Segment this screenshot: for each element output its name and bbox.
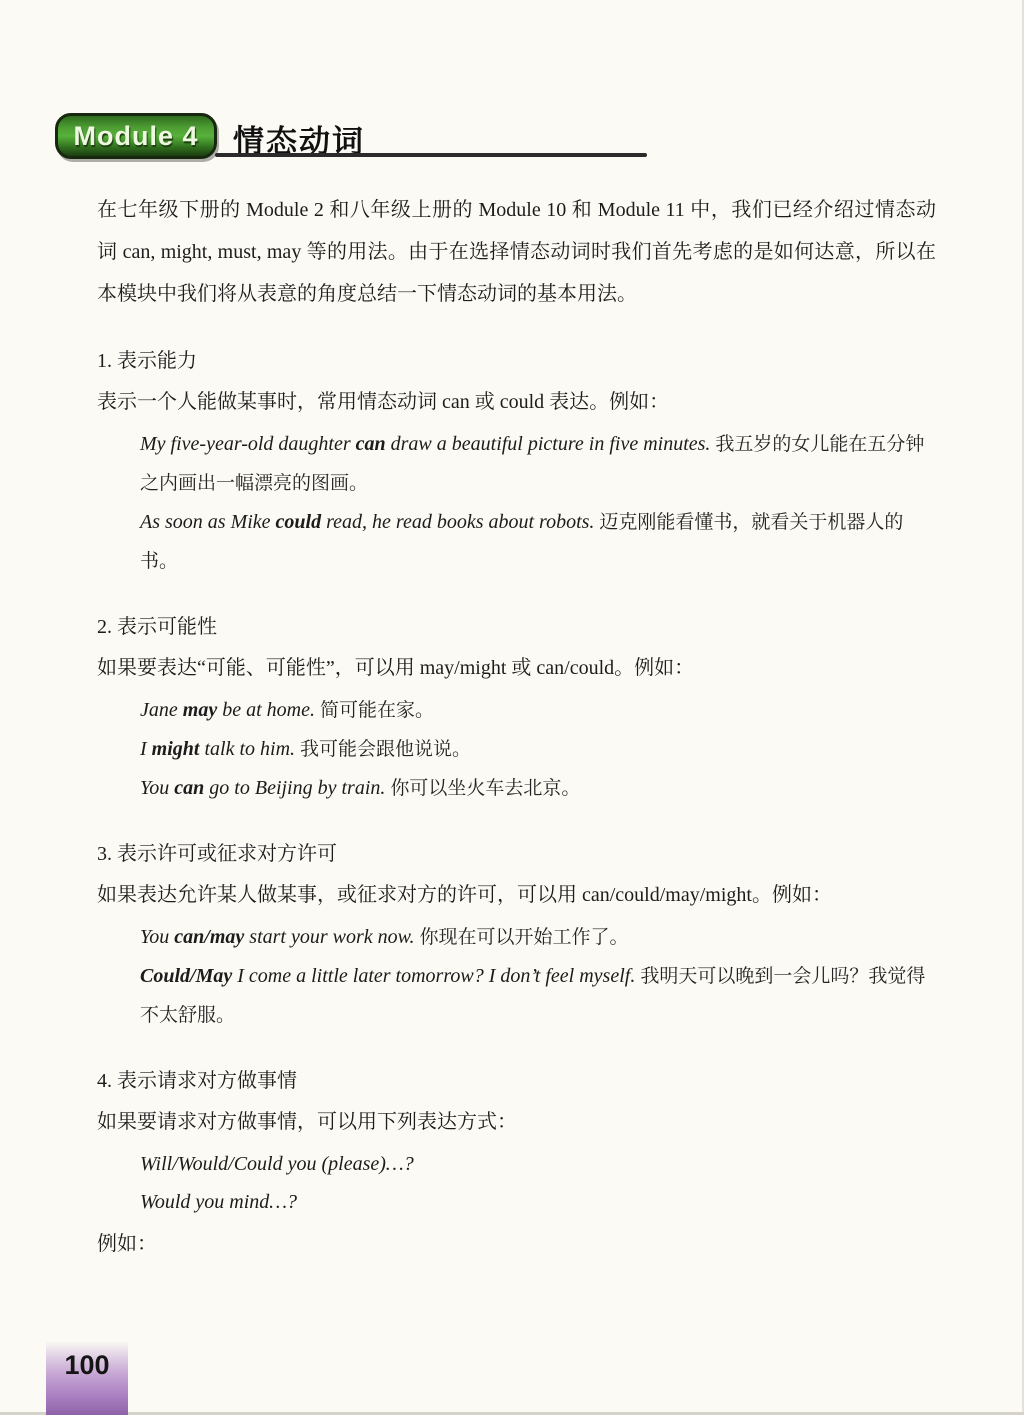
example-english-cont: start your work now. (244, 926, 419, 948)
example-english-cont: draw a beautiful picture in five minutes… (386, 433, 716, 455)
title-underline (215, 153, 647, 157)
example-english: My five-year-old daughter (140, 433, 356, 455)
example-modal-bold: could (276, 511, 322, 533)
section-ability: 1. 表示能力 表示一个人能做某事时，常用情态动词 can 或 could 表达… (97, 341, 936, 581)
example-list: Jane may be at home. 简可能在家。 I might talk… (140, 691, 936, 808)
section-lead: 如果要请求对方做事情，可以用下列表达方式： (97, 1101, 936, 1143)
example-english: Would you mind…? (140, 1191, 297, 1213)
section-request: 4. 表示请求对方做事情 如果要请求对方做事情，可以用下列表达方式： Will/… (97, 1061, 936, 1265)
example-sentence: Will/Would/Could you (please)…? (140, 1145, 936, 1183)
example-list: You can/may start your work now. 你现在可以开始… (140, 918, 936, 1035)
textbook-page: Module 4 情态动词 在七年级下册的 Module 2 和八年级上册的 M… (0, 0, 1024, 1415)
section-lead: 如果要表达“可能、可能性”，可以用 may/might 或 can/could。… (97, 647, 936, 689)
page-number-band: 100 (46, 1341, 128, 1415)
example-modal-bold: might (152, 738, 200, 760)
section-lead: 如果表达允许某人做某事，或征求对方的许可，可以用 can/could/may/m… (97, 874, 936, 916)
intro-paragraph: 在七年级下册的 Module 2 和八年级上册的 Module 10 和 Mod… (97, 189, 936, 315)
section-heading: 2. 表示可能性 (97, 607, 936, 647)
section-possibility: 2. 表示可能性 如果要表达“可能、可能性”，可以用 may/might 或 c… (97, 607, 936, 808)
example-english-cont: go to Beijing by train. (204, 777, 390, 799)
section-heading: 4. 表示请求对方做事情 (97, 1061, 936, 1101)
section-tail: 例如： (97, 1223, 936, 1265)
example-english: You (140, 777, 174, 799)
section-permission: 3. 表示许可或征求对方许可 如果表达允许某人做某事，或征求对方的许可，可以用 … (97, 834, 936, 1035)
example-english: You (140, 926, 174, 948)
example-english-cont: I come a little later tomorrow? I don’t … (232, 965, 640, 987)
example-list: My five-year-old daughter can draw a bea… (140, 425, 936, 581)
example-sentence: You can/may start your work now. 你现在可以开始… (140, 918, 936, 957)
example-translation: 简可能在家。 (320, 700, 434, 721)
section-heading: 3. 表示许可或征求对方许可 (97, 834, 936, 874)
module-header: Module 4 情态动词 (0, 113, 1024, 163)
example-sentence: Would you mind…? (140, 1183, 936, 1221)
example-list: Will/Would/Could you (please)…? Would yo… (140, 1145, 936, 1221)
example-english-cont: talk to him. (199, 738, 300, 760)
example-modal-bold: Could/May (140, 965, 232, 987)
example-sentence: You can go to Beijing by train. 你可以坐火车去北… (140, 769, 936, 808)
example-english: As soon as Mike (140, 511, 276, 533)
example-sentence: I might talk to him. 我可能会跟他说说。 (140, 730, 936, 769)
example-english-cont: be at home. (217, 699, 320, 721)
example-translation: 你现在可以开始工作了。 (420, 927, 629, 948)
example-english: Jane (140, 699, 183, 721)
body-column: 在七年级下册的 Module 2 和八年级上册的 Module 10 和 Mod… (97, 189, 936, 1265)
module-badge-label: Module 4 (73, 121, 198, 152)
section-heading: 1. 表示能力 (97, 341, 936, 381)
example-sentence: Jane may be at home. 简可能在家。 (140, 691, 936, 730)
example-modal-bold: can (356, 433, 386, 455)
example-sentence: Could/May I come a little later tomorrow… (140, 957, 936, 1035)
example-modal-bold: can/may (174, 926, 244, 948)
module-badge: Module 4 (55, 113, 217, 159)
example-translation: 你可以坐火车去北京。 (390, 778, 580, 799)
example-translation: 我可能会跟他说说。 (300, 739, 471, 760)
example-english: I (140, 738, 152, 760)
section-lead: 表示一个人能做某事时，常用情态动词 can 或 could 表达。例如： (97, 381, 936, 423)
example-sentence: My five-year-old daughter can draw a bea… (140, 425, 936, 503)
page-number: 100 (64, 1350, 109, 1415)
example-english-cont: read, he read books about robots. (321, 511, 599, 533)
example-english: Will/Would/Could you (please)…? (140, 1153, 414, 1175)
example-sentence: As soon as Mike could read, he read book… (140, 503, 936, 581)
example-modal-bold: may (183, 699, 217, 721)
example-modal-bold: can (174, 777, 204, 799)
